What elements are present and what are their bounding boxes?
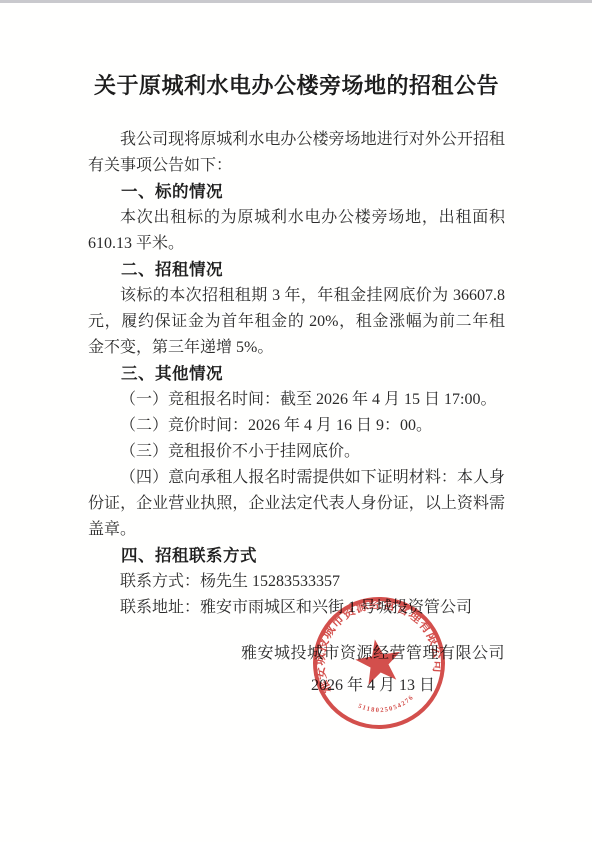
section-heading-1: 一、标的情况 — [88, 179, 505, 205]
signature-company: 雅安城投城市资源经营管理有限公司 — [241, 642, 505, 666]
section-heading-4: 四、招租联系方式 — [88, 543, 505, 569]
section-2-paragraph: 该标的本次招租租期 3 年，年租金挂网底价为 36607.8 元，履约保证金为首… — [88, 283, 505, 361]
contact-address-line: 联系地址：雅安市雨城区和兴街 1 号城投资管公司 — [88, 595, 505, 621]
contact-phone-line: 联系方式：杨先生 15283533357 — [88, 569, 505, 595]
signature-block: 雅安城投城市资源经营管理有限公司 2026 年 4 月 13 日 — [241, 642, 505, 698]
document-page: 关于原城利水电办公楼旁场地的招租公告 我公司现将原城利水电办公楼旁场地进行对外公… — [0, 0, 592, 842]
section-1-paragraph: 本次出租标的为原城利水电办公楼旁场地，出租面积 610.13 平米。 — [88, 205, 505, 257]
section-heading-3: 三、其他情况 — [88, 361, 505, 387]
section-3-item-1: （一）竞租报名时间：截至 2026 年 4 月 15 日 17:00。 — [88, 387, 505, 413]
intro-paragraph: 我公司现将原城利水电办公楼旁场地进行对外公开招租有关事项公告如下： — [88, 127, 505, 179]
signature-date: 2026 年 4 月 13 日 — [241, 674, 505, 698]
section-heading-2: 二、招租情况 — [88, 257, 505, 283]
section-3-item-2: （二）竞价时间：2026 年 4 月 16 日 9：00。 — [88, 413, 505, 439]
document-body: 关于原城利水电办公楼旁场地的招租公告 我公司现将原城利水电办公楼旁场地进行对外公… — [88, 0, 505, 621]
section-3-item-3: （三）竞租报价不小于挂网底价。 — [88, 439, 505, 465]
section-3-item-4: （四）意向承租人报名时需提供如下证明材料：本人身份证，企业营业执照，企业法定代表… — [88, 465, 505, 543]
document-title: 关于原城利水电办公楼旁场地的招租公告 — [88, 70, 505, 102]
